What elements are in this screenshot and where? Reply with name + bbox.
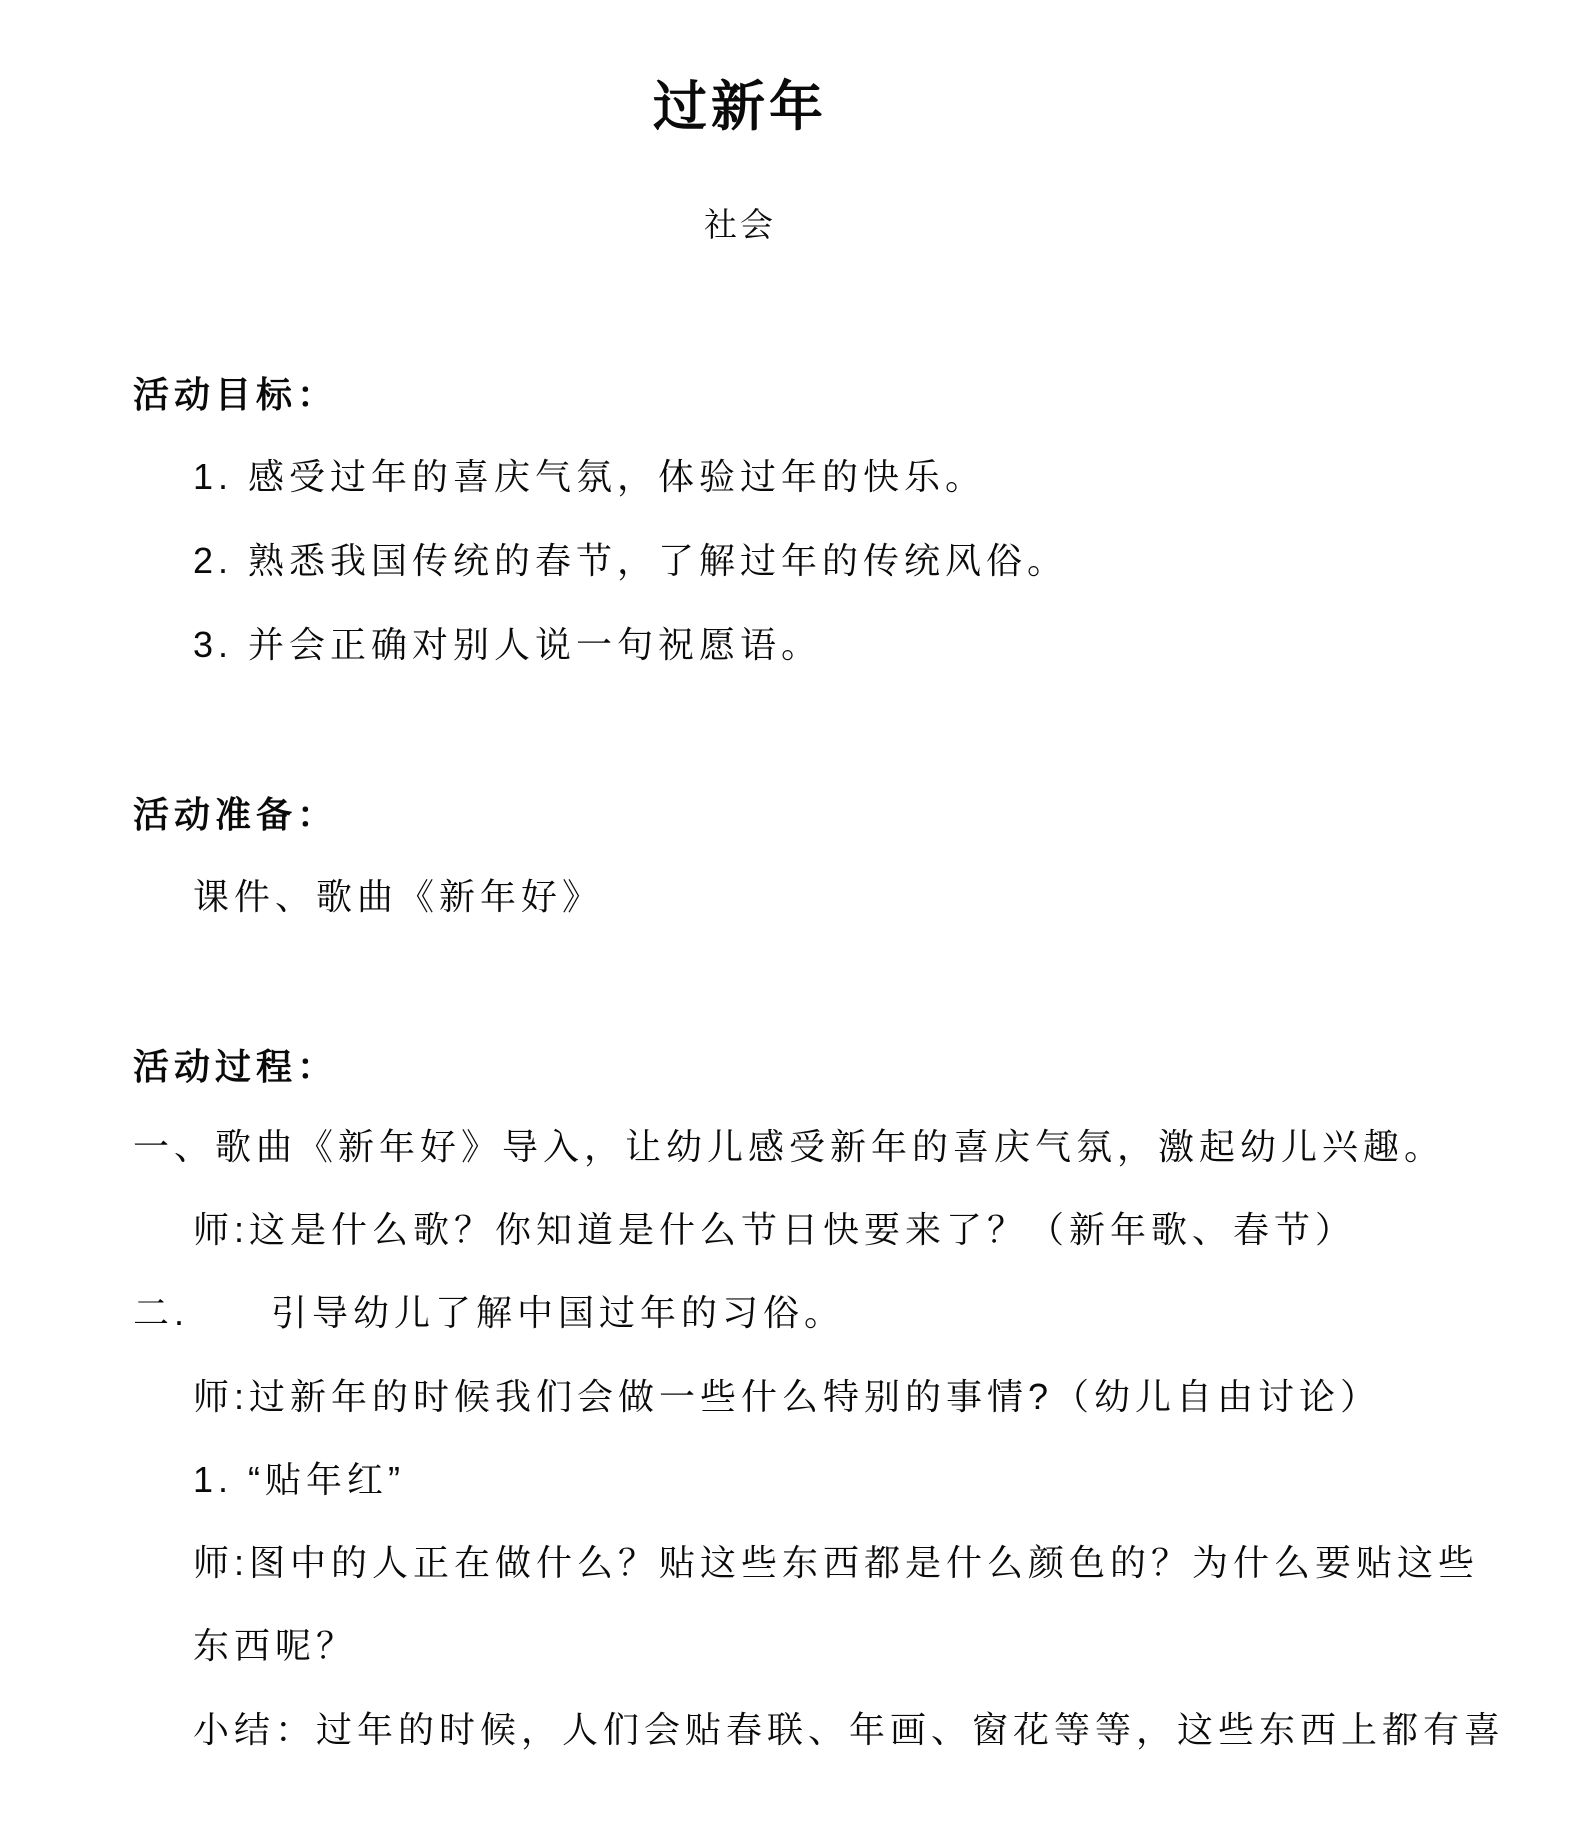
goal-item-2: 2. 熟悉我国传统的春节，了解过年的传统风俗。 — [193, 536, 1068, 586]
doc-title: 过新年 — [0, 72, 1480, 142]
goal-item-1: 1. 感受过年的喜庆气氛，体验过年的快乐。 — [193, 452, 986, 502]
preparation-item-1: 课件、歌曲《新年好》 — [193, 872, 603, 922]
process-line-3: 二. 引导幼儿了解中国过年的习俗。 — [133, 1288, 845, 1338]
process-line-5: 1. “贴年红” — [193, 1455, 405, 1505]
document-page: 过新年 社会 活动目标： 1. 感受过年的喜庆气氛，体验过年的快乐。 2. 熟悉… — [0, 0, 1587, 1848]
process-line-6: 师:图中的人正在做什么？贴这些东西都是什么颜色的？为什么要贴这些 — [193, 1538, 1479, 1588]
process-line-2: 师:这是什么歌？你知道是什么节日快要来了？（新年歌、春节） — [193, 1205, 1356, 1255]
process-line-4: 师:过新年的时候我们会做一些什么特别的事情?（幼儿自由讨论） — [193, 1372, 1381, 1422]
process-line-8: 小结：过年的时候，人们会贴春联、年画、窗花等等，这些东西上都有喜 — [193, 1705, 1505, 1755]
goal-item-3: 3. 并会正确对别人说一句祝愿语。 — [193, 620, 822, 670]
process-line-1: 一、歌曲《新年好》导入，让幼儿感受新年的喜庆气氛，激起幼儿兴趣。 — [133, 1122, 1445, 1172]
section-heading-goals: 活动目标： — [133, 370, 338, 420]
process-line-7: 东西呢？ — [193, 1621, 357, 1671]
section-heading-process: 活动过程： — [133, 1042, 338, 1092]
doc-subtitle: 社会 — [0, 200, 1480, 250]
section-heading-preparation: 活动准备： — [133, 790, 338, 840]
